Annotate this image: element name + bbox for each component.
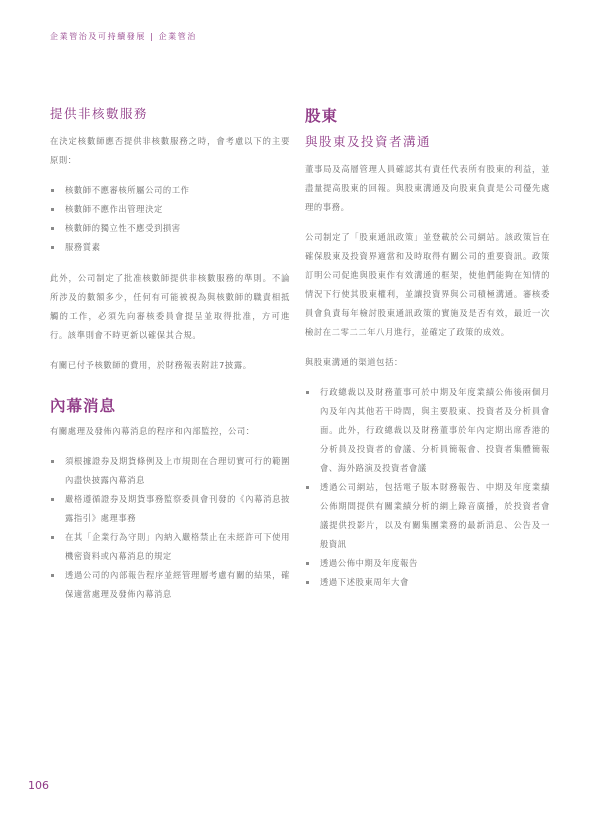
bullet-icon (306, 562, 309, 565)
list-item: 在其「企業行為守則」內納入嚴格禁止在未經許可下使用機密資料或內幕消息的規定 (50, 528, 290, 566)
left-column: 提供非核數服務 在決定核數師應否提供非核數服務之時，會考慮以下的主要原則： 核數… (50, 104, 290, 616)
inside-information-list: 須根據證券及期貨條例及上市規則在合理切實可行的範圍內盡快披露內幕消息 嚴格遵循證… (50, 452, 290, 604)
list-item: 透過公司網站，包括電子版本財務報告、中期及年度業績公佈期間提供有關業績分析的網上… (305, 478, 550, 554)
bullet-icon (51, 574, 54, 577)
page-number: 106 (28, 779, 49, 792)
shareholder-communication-heading: 與股東及投資者溝通 (305, 132, 550, 150)
right-column: 股東 與股東及投資者溝通 董事局及高層管理人員確認其有責任代表所有股東的利益，並… (305, 104, 550, 604)
list-item: 透過下述股東周年大會 (305, 573, 550, 592)
bullet-icon (51, 227, 54, 230)
list-item: 行政總裁以及財務董事可於中期及年度業績公佈後兩個月內及年內其他若干時間，與主要股… (305, 383, 550, 478)
bullet-icon (51, 536, 54, 539)
inside-information-section: 內幕消息 有關處理及發佈內幕消息的程序和內部監控，公司： 須根據證券及期貨條例及… (50, 394, 290, 604)
inside-information-heading: 內幕消息 (50, 394, 290, 416)
bullet-icon (51, 246, 54, 249)
running-header: 企業管治及可持續發展 | 企業管治 (50, 31, 197, 42)
list-item: 核數師的獨立性不應受到損害 (50, 219, 290, 238)
non-audit-services-heading: 提供非核數服務 (50, 104, 290, 122)
list-item: 核數師不應作出管理決定 (50, 200, 290, 219)
bullet-icon (51, 208, 54, 211)
bullet-icon (51, 189, 54, 192)
communication-policy-paragraph: 公司制定了「股東通訊政策」並登載於公司網站。該政策旨在確保股東及投資界適當和及時… (305, 228, 550, 342)
list-item: 須根據證券及期貨條例及上市規則在合理切實可行的範圍內盡快披露內幕消息 (50, 452, 290, 490)
non-audit-principles-list: 核數師不應審核所屬公司的工作 核數師不應作出管理決定 核數師的獨立性不應受到損害… (50, 181, 290, 257)
bullet-icon (306, 581, 309, 584)
bullet-icon (51, 460, 54, 463)
communication-channels-list: 行政總裁以及財務董事可於中期及年度業績公佈後兩個月內及年內其他若干時間，與主要股… (305, 383, 550, 592)
shareholders-paragraph-1: 董事局及高層管理人員確認其有責任代表所有股東的利益，並盡量提高股東的回報。與股東… (305, 160, 550, 217)
list-item: 服務質素 (50, 238, 290, 257)
shareholders-heading: 股東 (305, 104, 550, 126)
auditor-fees-paragraph: 有關已付予核數師的費用，於財務報表附註7披露。 (50, 356, 290, 375)
non-audit-approval-paragraph: 此外，公司制定了批准核數師提供非核數服務的準則。不論所涉及的數額多少，任何有可能… (50, 269, 290, 345)
non-audit-services-section: 提供非核數服務 在決定核數師應否提供非核數服務之時，會考慮以下的主要原則： 核數… (50, 104, 290, 375)
shareholders-section: 股東 與股東及投資者溝通 董事局及高層管理人員確認其有責任代表所有股東的利益，並… (305, 104, 550, 592)
non-audit-intro: 在決定核數師應否提供非核數服務之時，會考慮以下的主要原則： (50, 132, 290, 170)
list-item: 嚴格遵循證券及期貨事務監察委員會刊發的《內幕消息披露指引》處理事務 (50, 490, 290, 528)
bullet-icon (306, 391, 309, 394)
inside-information-intro: 有關處理及發佈內幕消息的程序和內部監控，公司： (50, 422, 290, 441)
list-item: 透過公司的內部報告程序並經管理層考慮有關的結果，確保適當處理及發佈內幕消息 (50, 566, 290, 604)
list-item: 透過公佈中期及年度報告 (305, 554, 550, 573)
channels-intro: 與股東溝通的渠道包括： (305, 353, 550, 372)
list-item: 核數師不應審核所屬公司的工作 (50, 181, 290, 200)
bullet-icon (306, 486, 309, 489)
bullet-icon (51, 498, 54, 501)
